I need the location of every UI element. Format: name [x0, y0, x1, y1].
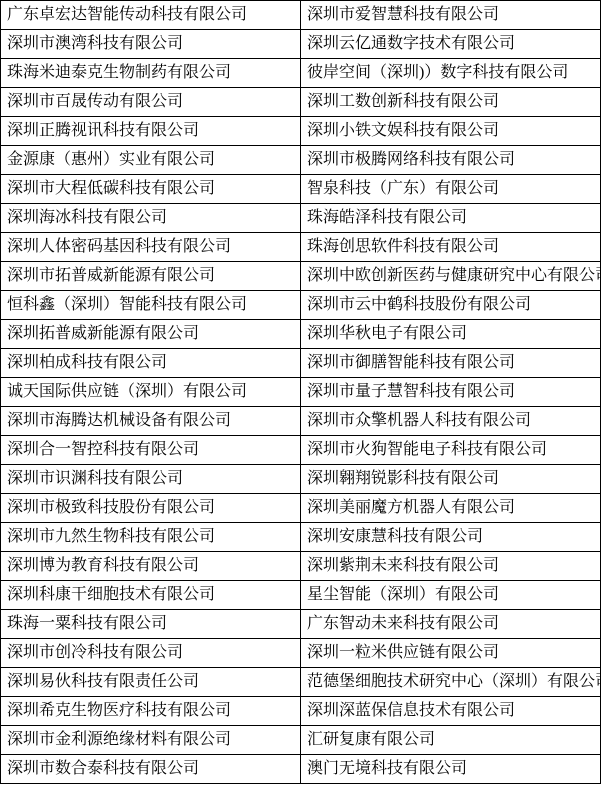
company-cell-left: 深圳海冰科技有限公司: [1, 204, 301, 233]
table-row: 深圳海冰科技有限公司珠海皓泽科技有限公司: [1, 204, 601, 233]
company-cell-left: 深圳市海腾达机械设备有限公司: [1, 407, 301, 436]
company-cell-right: 深圳市众擎机器人科技有限公司: [301, 407, 601, 436]
company-cell-left: 深圳市九然生物科技有限公司: [1, 523, 301, 552]
company-cell-left: 深圳人体密码基因科技有限公司: [1, 233, 301, 262]
company-cell-left: 深圳正腾视讯科技有限公司: [1, 117, 301, 146]
company-cell-right: 深圳华秋电子有限公司: [301, 320, 601, 349]
company-cell-right: 深圳市云中鹤科技股份有限公司: [301, 291, 601, 320]
company-cell-left: 深圳易伙科技有限责任公司: [1, 668, 301, 697]
company-cell-right: 深圳市火狗智能电子科技有限公司: [301, 436, 601, 465]
company-cell-left: 恒科鑫（深圳）智能科技有限公司: [1, 291, 301, 320]
company-cell-right: 深圳深蓝保信息技术有限公司: [301, 697, 601, 726]
company-cell-right: 彼岸空间（深圳)）数字科技有限公司: [301, 59, 601, 88]
table-row: 深圳市创冷科技有限公司深圳一粒米供应链有限公司: [1, 639, 601, 668]
table-row: 深圳拓普威新能源有限公司深圳华秋电子有限公司: [1, 320, 601, 349]
table-row: 深圳市极致科技股份有限公司深圳美丽魔方机器人有限公司: [1, 494, 601, 523]
table-row: 深圳市识渊科技有限公司深圳翱翔锐影科技有限公司: [1, 465, 601, 494]
company-cell-left: 深圳市拓普威新能源有限公司: [1, 262, 301, 291]
company-cell-left: 深圳市金利源绝缘材料有限公司: [1, 726, 301, 755]
company-cell-right: 深圳一粒米供应链有限公司: [301, 639, 601, 668]
table-row: 珠海一粟科技有限公司广东智动未来科技有限公司: [1, 610, 601, 639]
company-cell-left: 深圳科康干细胞技术有限公司: [1, 581, 301, 610]
table-row: 深圳合一智控科技有限公司深圳市火狗智能电子科技有限公司: [1, 436, 601, 465]
company-cell-left: 深圳博为教育科技有限公司: [1, 552, 301, 581]
table-row: 深圳市澳湾科技有限公司深圳云亿通数字技术有限公司: [1, 30, 601, 59]
company-table-body: 广东卓宏达智能传动科技有限公司深圳市爱智慧科技有限公司深圳市澳湾科技有限公司深圳…: [1, 1, 601, 784]
company-cell-right: 范德堡细胞技术研究中心（深圳）有限公司: [301, 668, 601, 697]
table-row: 诚天国际供应链（深圳）有限公司深圳市量子慧智科技有限公司: [1, 378, 601, 407]
table-row: 深圳正腾视讯科技有限公司深圳小铁文娱科技有限公司: [1, 117, 601, 146]
table-row: 深圳科康干细胞技术有限公司星尘智能（深圳）有限公司: [1, 581, 601, 610]
company-cell-left: 深圳市澳湾科技有限公司: [1, 30, 301, 59]
company-cell-left: 深圳柏成科技有限公司: [1, 349, 301, 378]
table-row: 深圳人体密码基因科技有限公司珠海创思软件科技有限公司: [1, 233, 601, 262]
table-row: 深圳市拓普威新能源有限公司深圳中欧创新医药与健康研究中心有限公司: [1, 262, 601, 291]
company-cell-left: 深圳市极致科技股份有限公司: [1, 494, 301, 523]
company-cell-left: 珠海米迪泰克生物制药有限公司: [1, 59, 301, 88]
table-row: 深圳市金利源绝缘材料有限公司汇研复康有限公司: [1, 726, 601, 755]
company-cell-right: 深圳翱翔锐影科技有限公司: [301, 465, 601, 494]
company-cell-left: 深圳市数合泰科技有限公司: [1, 755, 301, 784]
company-cell-left: 深圳合一智控科技有限公司: [1, 436, 301, 465]
company-cell-left: 珠海一粟科技有限公司: [1, 610, 301, 639]
company-cell-left: 深圳市识渊科技有限公司: [1, 465, 301, 494]
company-cell-left: 深圳市大程低碳科技有限公司: [1, 175, 301, 204]
company-cell-right: 汇研复康有限公司: [301, 726, 601, 755]
company-cell-right: 智泉科技（广东）有限公司: [301, 175, 601, 204]
company-cell-right: 珠海创思软件科技有限公司: [301, 233, 601, 262]
company-cell-right: 深圳市极腾网络科技有限公司: [301, 146, 601, 175]
company-cell-right: 澳门无境科技有限公司: [301, 755, 601, 784]
company-cell-left: 深圳希克生物医疗科技有限公司: [1, 697, 301, 726]
table-row: 深圳市百晟传动有限公司深圳工数创新科技有限公司: [1, 88, 601, 117]
table-row: 深圳市大程低碳科技有限公司智泉科技（广东）有限公司: [1, 175, 601, 204]
table-row: 金源康（惠州）实业有限公司深圳市极腾网络科技有限公司: [1, 146, 601, 175]
company-cell-right: 深圳紫荆未来科技有限公司: [301, 552, 601, 581]
company-cell-left: 深圳市创冷科技有限公司: [1, 639, 301, 668]
table-row: 深圳易伙科技有限责任公司范德堡细胞技术研究中心（深圳）有限公司: [1, 668, 601, 697]
company-cell-right: 深圳云亿通数字技术有限公司: [301, 30, 601, 59]
table-row: 深圳博为教育科技有限公司深圳紫荆未来科技有限公司: [1, 552, 601, 581]
table-row: 深圳希克生物医疗科技有限公司深圳深蓝保信息技术有限公司: [1, 697, 601, 726]
table-row: 深圳柏成科技有限公司深圳市御膳智能科技有限公司: [1, 349, 601, 378]
company-cell-right: 星尘智能（深圳）有限公司: [301, 581, 601, 610]
company-cell-right: 深圳安康慧科技有限公司: [301, 523, 601, 552]
company-cell-right: 珠海皓泽科技有限公司: [301, 204, 601, 233]
company-cell-right: 深圳小铁文娱科技有限公司: [301, 117, 601, 146]
company-cell-left: 诚天国际供应链（深圳）有限公司: [1, 378, 301, 407]
company-cell-right: 深圳美丽魔方机器人有限公司: [301, 494, 601, 523]
company-cell-left: 广东卓宏达智能传动科技有限公司: [1, 1, 301, 30]
company-cell-right: 深圳市御膳智能科技有限公司: [301, 349, 601, 378]
table-row: 恒科鑫（深圳）智能科技有限公司深圳市云中鹤科技股份有限公司: [1, 291, 601, 320]
company-cell-right: 深圳市爱智慧科技有限公司: [301, 1, 601, 30]
table-row: 珠海米迪泰克生物制药有限公司彼岸空间（深圳)）数字科技有限公司: [1, 59, 601, 88]
company-cell-left: 深圳拓普威新能源有限公司: [1, 320, 301, 349]
table-row: 深圳市数合泰科技有限公司澳门无境科技有限公司: [1, 755, 601, 784]
table-row: 广东卓宏达智能传动科技有限公司深圳市爱智慧科技有限公司: [1, 1, 601, 30]
table-row: 深圳市九然生物科技有限公司深圳安康慧科技有限公司: [1, 523, 601, 552]
company-cell-right: 广东智动未来科技有限公司: [301, 610, 601, 639]
company-cell-left: 金源康（惠州）实业有限公司: [1, 146, 301, 175]
company-cell-right: 深圳工数创新科技有限公司: [301, 88, 601, 117]
company-cell-right: 深圳市量子慧智科技有限公司: [301, 378, 601, 407]
company-cell-right: 深圳中欧创新医药与健康研究中心有限公司: [301, 262, 601, 291]
company-table: 广东卓宏达智能传动科技有限公司深圳市爱智慧科技有限公司深圳市澳湾科技有限公司深圳…: [0, 0, 601, 784]
table-row: 深圳市海腾达机械设备有限公司深圳市众擎机器人科技有限公司: [1, 407, 601, 436]
company-cell-left: 深圳市百晟传动有限公司: [1, 88, 301, 117]
